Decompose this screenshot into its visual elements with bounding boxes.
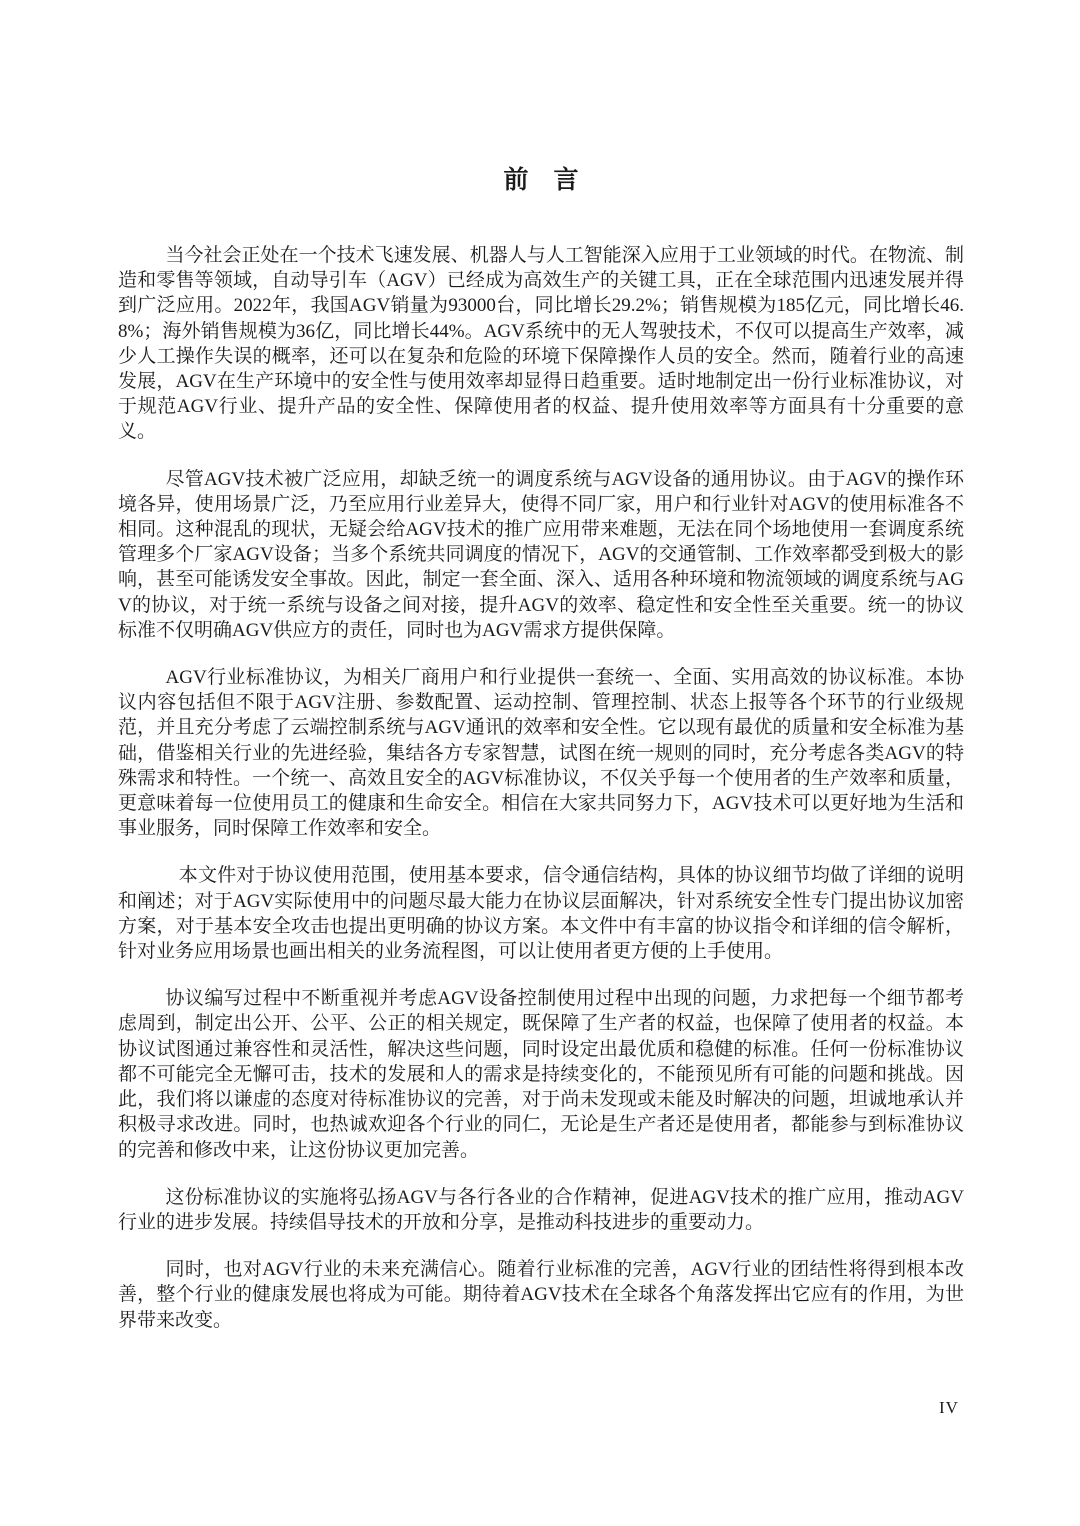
paragraph-2: 尽管AGV技术被广泛应用，却缺乏统一的调度系统与AGV设备的通用协议。由于AGV… xyxy=(118,467,964,643)
paragraph-4: 本文件对于协议使用范围，使用基本要求，信令通信结构，具体的协议细节均做了详细的说… xyxy=(118,863,964,964)
page-content: 前 言 当今社会正处在一个技术飞速发展、机器人与人工智能深入应用于工业领域的时代… xyxy=(118,160,964,1355)
paragraph-1: 当今社会正处在一个技术飞速发展、机器人与人工智能深入应用于工业领域的时代。在物流… xyxy=(118,243,964,445)
paragraph-5: 协议编写过程中不断重视并考虑AGV设备控制使用过程中出现的问题，力求把每一个细节… xyxy=(118,986,964,1162)
paragraph-3: AGV行业标准协议，为相关厂商用户和行业提供一套统一、全面、实用高效的协议标准。… xyxy=(118,665,964,841)
paragraph-7: 同时，也对AGV行业的未来充满信心。随着行业标准的完善，AGV行业的团结性将得到… xyxy=(118,1257,964,1333)
page-number: IV xyxy=(926,1398,972,1418)
document-page: 前 言 当今社会正处在一个技术飞速发展、机器人与人工智能深入应用于工业领域的时代… xyxy=(0,0,1080,1526)
page-title: 前 言 xyxy=(118,160,964,196)
paragraph-6: 这份标准协议的实施将弘扬AGV与各行各业的合作精神，促进AGV技术的推广应用，推… xyxy=(118,1185,964,1235)
